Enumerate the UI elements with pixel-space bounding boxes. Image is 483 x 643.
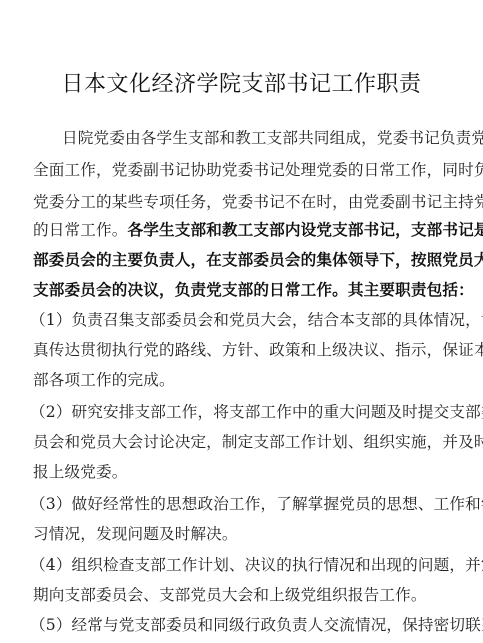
duty-1-line-2: 真传达贯彻执行党的路线、方针、政策和上级决议、指示，保证本支 — [33, 340, 453, 360]
intro-bold-line-1: 部委员会的主要负责人，在支部委员会的集体领导下，按照党员大会、 — [33, 250, 453, 270]
document-title: 日本文化经济学院支部书记工作职责 — [0, 70, 483, 100]
intro-line-2: 全面工作，党委副书记协助党委书记处理党委的日常工作，同时负责 — [33, 160, 453, 180]
intro-line-4: 的日常工作。各学生支部和教工支部内设党支部书记，支部书记是支 — [33, 220, 453, 240]
duty-4-line-1: （4）组织检查支部工作计划、决议的执行情况和出现的问题，并定 — [30, 555, 450, 575]
duty-2-line-1: （2）研究安排支部工作，将支部工作中的重大问题及时提交支部委 — [30, 402, 450, 422]
duty-5-line-1: （5）经常与党支部委员和同级行政负责人交流情况，保持密切联系， — [30, 615, 450, 635]
duty-1-line-1: （1）负责召集支部委员会和党员大会，结合本支部的具体情况，认 — [30, 310, 450, 330]
document-page: 日本文化经济学院支部书记工作职责 日院党委由各学生支部和教工支部共同组成，党委书… — [0, 0, 483, 643]
duty-3-line-1: （3）做好经常性的思想政治工作，了解掌握党员的思想、工作和学 — [30, 494, 450, 514]
intro-line-1: 日院党委由各学生支部和教工支部共同组成，党委书记负责党委 — [62, 128, 453, 148]
duty-2-line-2: 员会和党员大会讨论决定，制定支部工作计划、组织实施，并及时上 — [33, 432, 453, 452]
duty-4-line-2: 期向支部委员会、支部党员大会和上级党组织报告工作。 — [33, 585, 453, 605]
duty-1-line-3: 部各项工作的完成。 — [33, 370, 453, 390]
intro-bold-line-2: 支部委员会的决议，负责党支部的日常工作。其主要职责包括： — [33, 280, 453, 300]
duty-2-line-3: 报上级党委。 — [33, 462, 453, 482]
duty-3-line-2: 习情况，发现问题及时解决。 — [33, 524, 453, 544]
intro-line-3: 党委分工的某些专项任务，党委书记不在时，由党委副书记主持党委 — [33, 192, 453, 212]
intro-line-4-normal: 的日常工作。 — [33, 221, 127, 239]
intro-line-4-bold: 各学生支部和教工支部内设党支部书记，支部书记是支 — [127, 221, 483, 239]
